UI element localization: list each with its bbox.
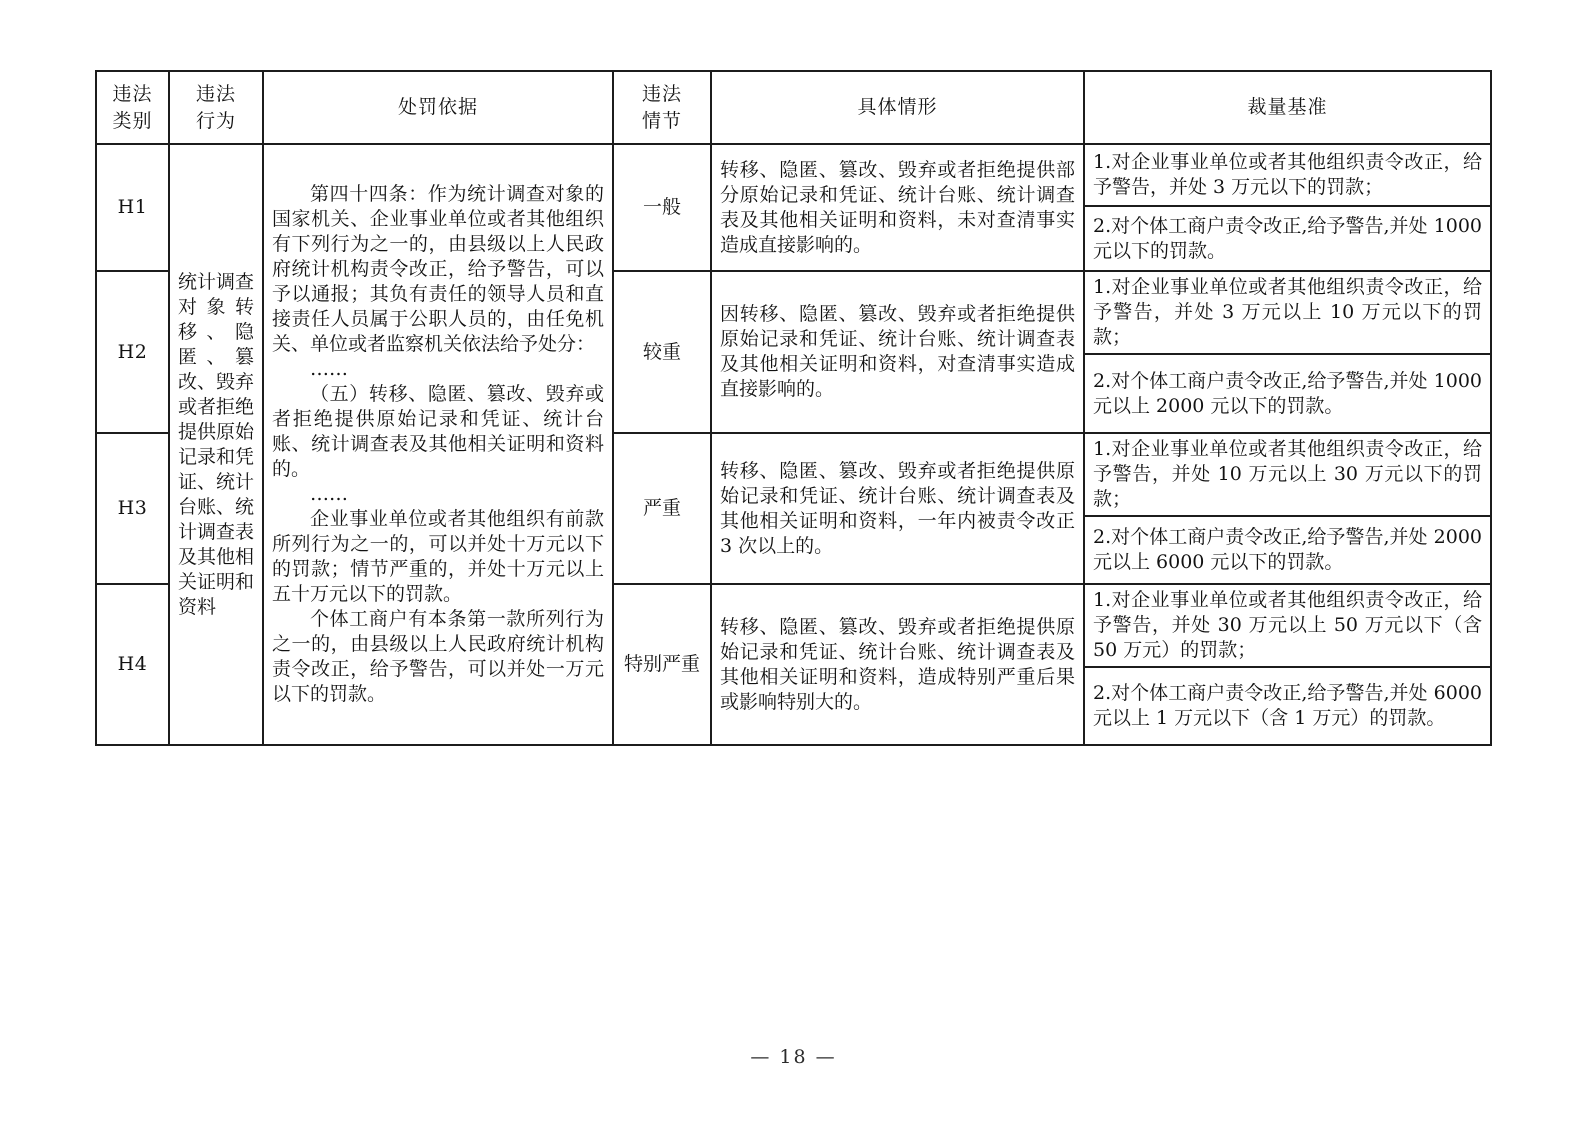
header-specific-situation: 具体情形 [711,71,1084,144]
circumstance-h1: 一般 [613,144,711,271]
violation-code-h1: H1 [96,144,169,271]
benchmark-h1-individual: 2.对个体工商户责令改正,给予警告,并处 1000 元以下的罚款。 [1084,206,1491,271]
header-violation-category: 违法 类别 [96,71,169,144]
violation-code-h3: H3 [96,433,169,584]
penalty-basis-cell: 第四十四条：作为统计调查对象的国家机关、企业事业单位或者其他组织有下列行为之一的… [263,144,613,745]
benchmark-h4-individual: 2.对个体工商户责令改正,给予警告,并处 6000 元以上 1 万元以下（含 1… [1084,667,1491,745]
penalty-discretion-table: 违法 类别 违法 行为 处罚依据 违法 情节 具体情形 裁量基准 H1 统计调查… [95,70,1492,746]
circumstance-h2: 较重 [613,271,711,433]
benchmark-h2-enterprise: 1.对企业事业单位或者其他组织责令改正，给予警告，并处 3 万元以上 10 万元… [1084,271,1491,354]
circumstance-h4: 特别严重 [613,584,711,745]
situation-h4: 转移、隐匿、篡改、毁弃或者拒绝提供原始记录和凭证、统计台账、统计调查表及其他相关… [711,584,1084,745]
circumstance-h3: 严重 [613,433,711,584]
basis-paragraph: 企业事业单位或者其他组织有前款所列行为之一的，可以并处十万元以下的罚款；情节严重… [272,507,604,607]
document-page: 违法 类别 违法 行为 处罚依据 违法 情节 具体情形 裁量基准 H1 统计调查… [0,0,1587,1122]
benchmark-h1-enterprise: 1.对企业事业单位或者其他组织责令改正，给予警告，并处 3 万元以下的罚款； [1084,144,1491,206]
header-penalty-basis: 处罚依据 [263,71,613,144]
basis-paragraph: （五）转移、隐匿、篡改、毁弃或者拒绝提供原始记录和凭证、统计台账、统计调查表及其… [272,382,604,482]
basis-paragraph: 第四十四条：作为统计调查对象的国家机关、企业事业单位或者其他组织有下列行为之一的… [272,182,604,357]
situation-h1: 转移、隐匿、篡改、毁弃或者拒绝提供部分原始记录和凭证、统计台账、统计调查表及其他… [711,144,1084,271]
basis-ellipsis: …… [272,482,604,507]
basis-ellipsis: …… [272,357,604,382]
benchmark-h2-individual: 2.对个体工商户责令改正,给予警告,并处 1000 元以上 2000 元以下的罚… [1084,354,1491,433]
header-violation-behavior: 违法 行为 [169,71,263,144]
table-header-row: 违法 类别 违法 行为 处罚依据 违法 情节 具体情形 裁量基准 [96,71,1491,144]
situation-h3: 转移、隐匿、篡改、毁弃或者拒绝提供原始记录和凭证、统计台账、统计调查表及其他相关… [711,433,1084,584]
violation-behavior-cell: 统计调查对象转移、隐匿、篡改、毁弃或者拒绝提供原始记录和凭证、统计台账、统计调查… [169,144,263,745]
violation-code-h4: H4 [96,584,169,745]
header-violation-circumstance: 违法 情节 [613,71,711,144]
situation-h2: 因转移、隐匿、篡改、毁弃或者拒绝提供原始记录和凭证、统计台账、统计调查表及其他相… [711,271,1084,433]
table-row: H1 统计调查对象转移、隐匿、篡改、毁弃或者拒绝提供原始记录和凭证、统计台账、统… [96,144,1491,206]
violation-code-h2: H2 [96,271,169,433]
benchmark-h3-individual: 2.对个体工商户责令改正,给予警告,并处 2000 元以上 6000 元以下的罚… [1084,516,1491,584]
benchmark-h3-enterprise: 1.对企业事业单位或者其他组织责令改正，给予警告，并处 10 万元以上 30 万… [1084,433,1491,516]
benchmark-h4-enterprise: 1.对企业事业单位或者其他组织责令改正，给予警告，并处 30 万元以上 50 万… [1084,584,1491,667]
page-number: — 18 — [0,1046,1587,1068]
basis-paragraph: 个体工商户有本条第一款所列行为之一的，由县级以上人民政府统计机构责令改正，给予警… [272,607,604,707]
header-discretion-benchmark: 裁量基准 [1084,71,1491,144]
